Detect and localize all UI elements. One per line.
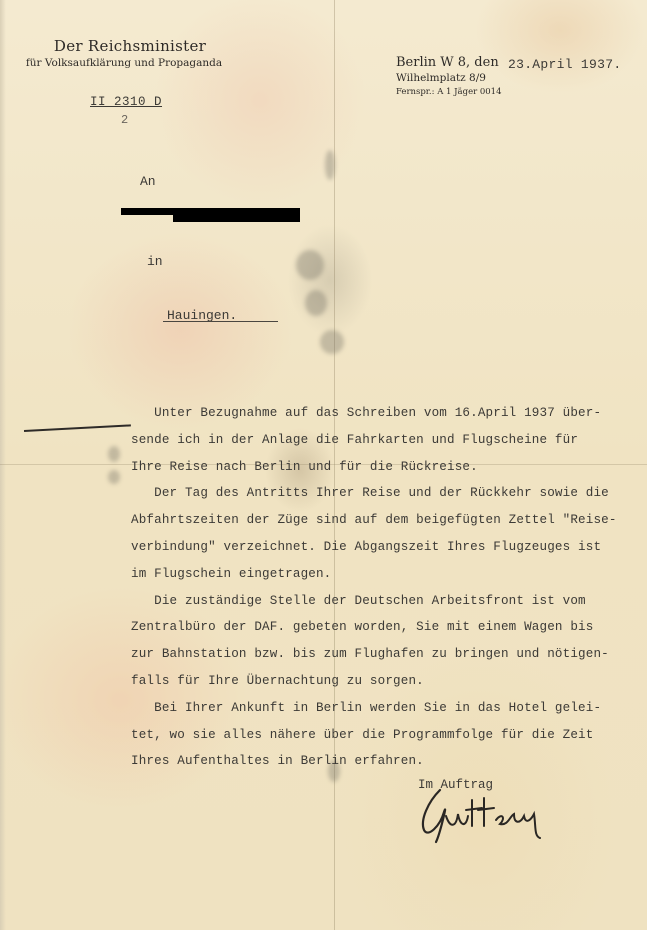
letter-page: Der Reichsminister für Volksaufklärung u… [0,0,647,930]
body-line: zur Bahnstation bzw. bis zum Flughafen z… [131,641,647,668]
margin-pen-stroke [24,424,131,431]
reference-sub: 2 [121,113,128,127]
place-phone: Fernspr.: A 1 Jäger 0014 [396,87,502,97]
body-line: Bei Ihrer Ankunft in Berlin werden Sie i… [131,695,647,722]
body-line: sende ich in der Anlage die Fahrkarten u… [131,427,647,454]
reference-number: II 2310 D [90,95,162,109]
place-street: Wilhelmplatz 8/9 [396,72,502,84]
body-line: Ihres Aufenthaltes in Berlin erfahren. [131,748,647,775]
letterhead-title: Der Reichsminister [30,37,230,55]
redaction-bar [173,208,300,222]
place-block: Berlin W 8, den Wilhelmplatz 8/9 Fernspr… [396,55,502,97]
body-line: Der Tag des Antritts Ihrer Reise und der… [131,480,647,507]
recipient-prefix: An [140,174,156,189]
stain [320,330,344,354]
letterhead: Der Reichsminister für Volksaufklärung u… [30,37,230,69]
body-line: tet, wo sie alles nähere über die Progra… [131,722,647,749]
city-underline [163,321,278,322]
letter-date: 23.April 1937. [508,57,621,72]
body-line: Die zuständige Stelle der Deutschen Arbe… [131,588,647,615]
letter-body: Unter Bezugnahme auf das Schreiben vom 1… [131,400,647,775]
stain [305,290,327,316]
stain [108,446,120,462]
paper-edge [0,0,6,930]
body-line: Abfahrtszeiten der Züge sind auf dem bei… [131,507,647,534]
signature [410,782,550,844]
stain [296,250,324,280]
body-line: Ihre Reise nach Berlin und für die Rückr… [131,454,647,481]
letterhead-subtitle: für Volksaufklärung und Propaganda [18,57,230,69]
body-line: verbindung" verzeichnet. Die Abgangszeit… [131,534,647,561]
recipient-in-label: in [147,254,163,269]
body-line: falls für Ihre Übernachtung zu sorgen. [131,668,647,695]
stain [325,150,335,180]
stain [108,470,120,484]
body-line: Zentralbüro der DAF. gebeten worden, Sie… [131,614,647,641]
place-city: Berlin W 8, den [396,55,502,70]
body-line: im Flugschein eingetragen. [131,561,647,588]
body-line: Unter Bezugnahme auf das Schreiben vom 1… [131,400,647,427]
